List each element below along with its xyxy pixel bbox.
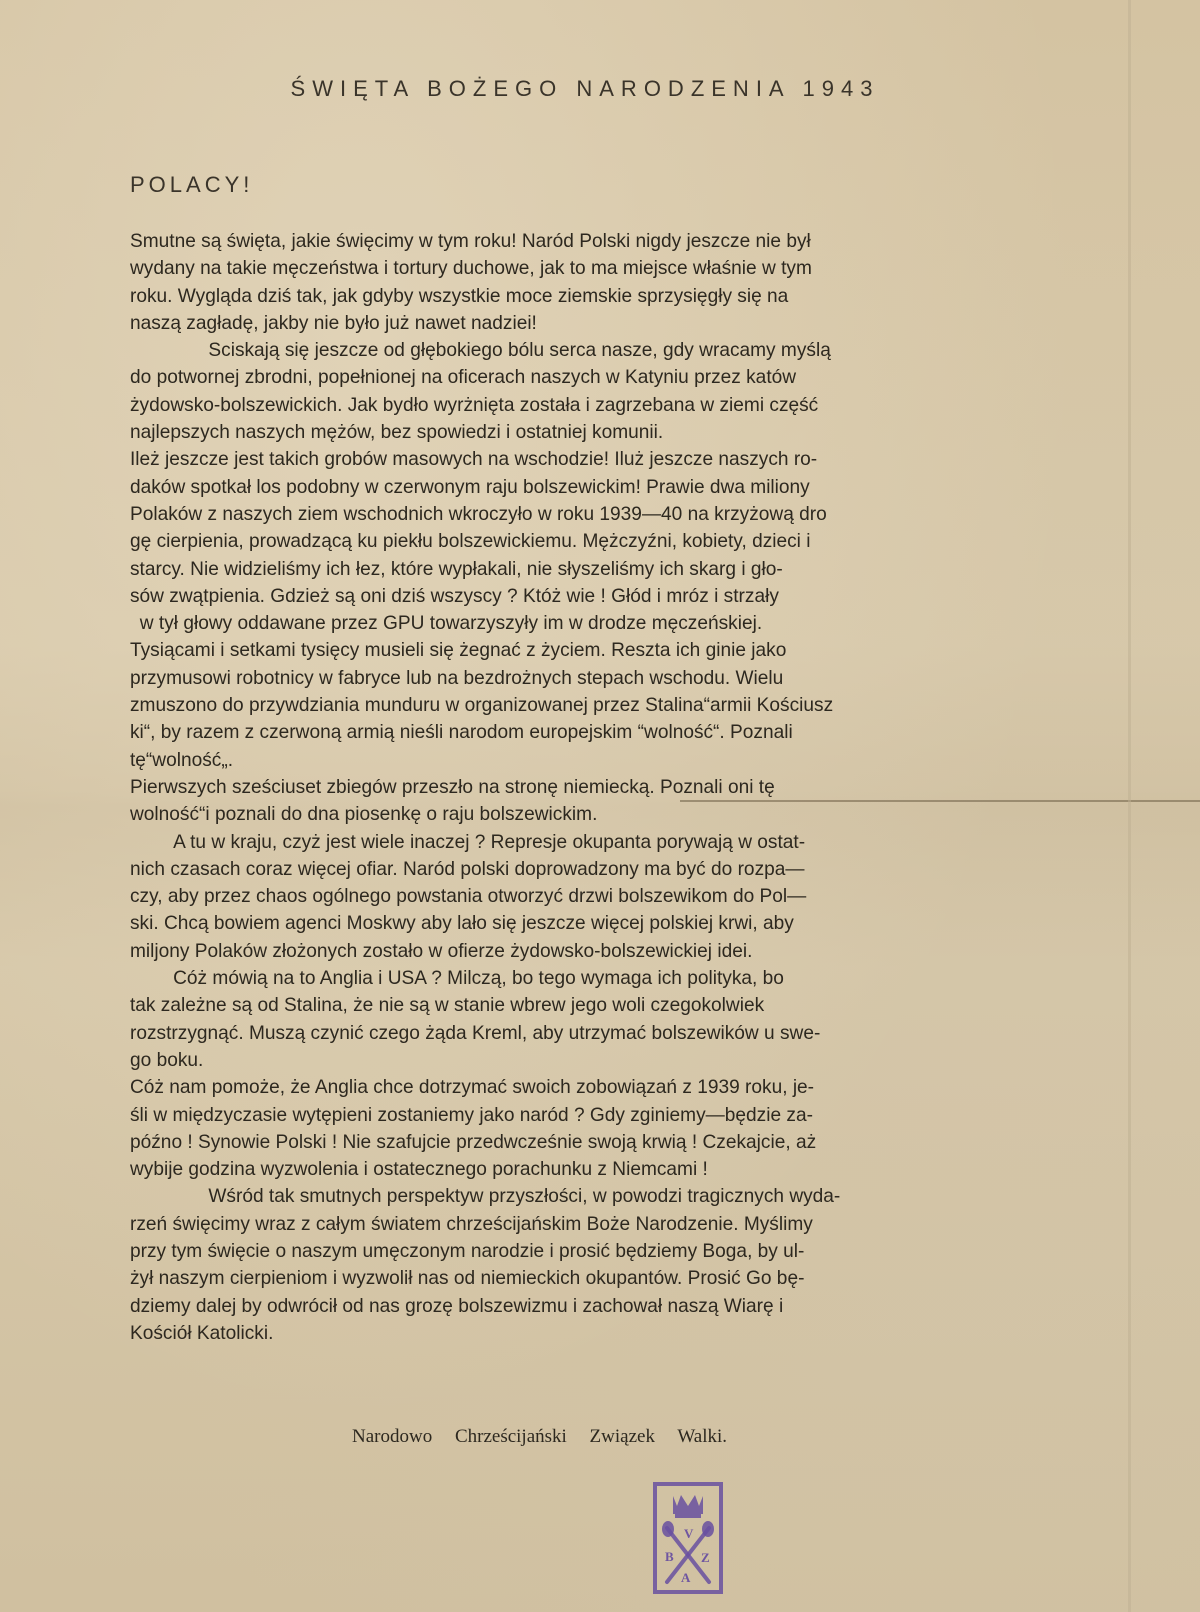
text-line: gę cierpienia, prowadzącą ku piekłu bols… bbox=[130, 528, 1032, 555]
text-line: naszą zagładę, jakby nie było już nawet … bbox=[130, 310, 1032, 337]
text-line: daków spotkał los podobny w czerwonym ra… bbox=[130, 474, 1032, 501]
body-text: Smutne są święta, jakie święcimy w tym r… bbox=[130, 228, 1032, 1347]
document-page: ŚWIĘTA BOŻEGO NARODZENIA 1943 POLACY! Sm… bbox=[0, 0, 1200, 1612]
stamp-letter: B bbox=[665, 1549, 674, 1564]
text-line: tę“wolność„. bbox=[130, 747, 1032, 774]
text-line: wybije godzina wyzwolenia i ostatecznego… bbox=[130, 1156, 1032, 1183]
text-line: Cóż nam pomoże, że Anglia chce dotrzymać… bbox=[130, 1074, 1032, 1101]
text-line: przy tym święcie o naszym umęczonym naro… bbox=[130, 1238, 1032, 1265]
text-line: ki“, by razem z czerwoną armią nieśli na… bbox=[130, 719, 1032, 746]
text-line: A tu w kraju, czyż jest wiele inaczej ? … bbox=[130, 829, 1032, 856]
text-line: żydowsko-bolszewickich. Jak bydło wyrżni… bbox=[130, 392, 1032, 419]
text-line: w tył głowy oddawane przez GPU towarzysz… bbox=[130, 610, 1032, 637]
text-line: zmuszono do przywdziania munduru w organ… bbox=[130, 692, 1032, 719]
text-line: najlepszych naszych mężów, bez spowiedzi… bbox=[130, 419, 1032, 446]
text-line: wydany na takie męczeństwa i tortury duc… bbox=[130, 255, 1032, 282]
stamp-letter: V bbox=[684, 1526, 694, 1541]
document-title: ŚWIĘTA BOŻEGO NARODZENIA 1943 bbox=[0, 76, 1170, 102]
text-line: go boku. bbox=[130, 1047, 1032, 1074]
text-line: dziemy dalej by odwrócił od nas grozę bo… bbox=[130, 1293, 1032, 1320]
text-line: tak zależne są od Stalina, że nie są w s… bbox=[130, 992, 1032, 1019]
text-line: roku. Wygląda dziś tak, jak gdyby wszyst… bbox=[130, 283, 1032, 310]
text-line: do potwornej zbrodni, popełnionej na ofi… bbox=[130, 364, 1032, 391]
text-line: Kościół Katolicki. bbox=[130, 1320, 1032, 1347]
text-line: Wśród tak smutnych perspektyw przyszłośc… bbox=[130, 1183, 1032, 1210]
text-line: rzeń święcimy wraz z całym światem chrze… bbox=[130, 1211, 1032, 1238]
text-line: śli w międzyczasie wytępieni zostaniemy … bbox=[130, 1102, 1032, 1129]
paper-fold-vertical bbox=[1128, 0, 1131, 1612]
text-line: Tysiącami i setkami tysięcy musieli się … bbox=[130, 637, 1032, 664]
stamp-letter: Z bbox=[701, 1550, 710, 1565]
text-line: późno ! Synowie Polski ! Nie szafujcie p… bbox=[130, 1129, 1032, 1156]
text-line: Smutne są święta, jakie święcimy w tym r… bbox=[130, 228, 1032, 255]
salutation: POLACY! bbox=[130, 172, 253, 198]
text-line: żył naszym cierpieniom i wyzwolił nas od… bbox=[130, 1265, 1032, 1292]
text-line: Pierwszych sześciuset zbiegów przeszło n… bbox=[130, 774, 1032, 801]
text-line: Sciskają się jeszcze od głębokiego bólu … bbox=[130, 337, 1032, 364]
text-line: przymusowi robotnicy w fabryce lub na be… bbox=[130, 665, 1032, 692]
signature: Narodowo Chrześcijański Związek Walki. bbox=[352, 1426, 727, 1448]
stamp-letter: A bbox=[681, 1570, 691, 1585]
text-line: rozstrzygnąć. Muszą czynić czego żąda Kr… bbox=[130, 1020, 1032, 1047]
text-line: Polaków z naszych ziem wschodnich wkrocz… bbox=[130, 501, 1032, 528]
text-line: nich czasach coraz więcej ofiar. Naród p… bbox=[130, 856, 1032, 883]
text-line: Cóż mówią na to Anglia i USA ? Milczą, b… bbox=[130, 965, 1032, 992]
text-line: sów zwątpienia. Gdzież są oni dziś wszys… bbox=[130, 583, 1032, 610]
text-line: czy, aby przez chaos ogólnego powstania … bbox=[130, 883, 1032, 910]
text-line: Ileż jeszcze jest takich grobów masowych… bbox=[130, 446, 1032, 473]
text-line: starcy. Nie widzieliśmy ich łez, które w… bbox=[130, 556, 1032, 583]
text-line: wolność“i poznali do dna piosenkę o raju… bbox=[130, 801, 1032, 828]
text-line: miljony Polaków złożonych zostało w ofie… bbox=[130, 938, 1032, 965]
text-line: ski. Chcą bowiem agenci Moskwy aby lało … bbox=[130, 910, 1032, 937]
crown-crossed-swords-stamp-icon: V B A Z bbox=[653, 1482, 723, 1594]
